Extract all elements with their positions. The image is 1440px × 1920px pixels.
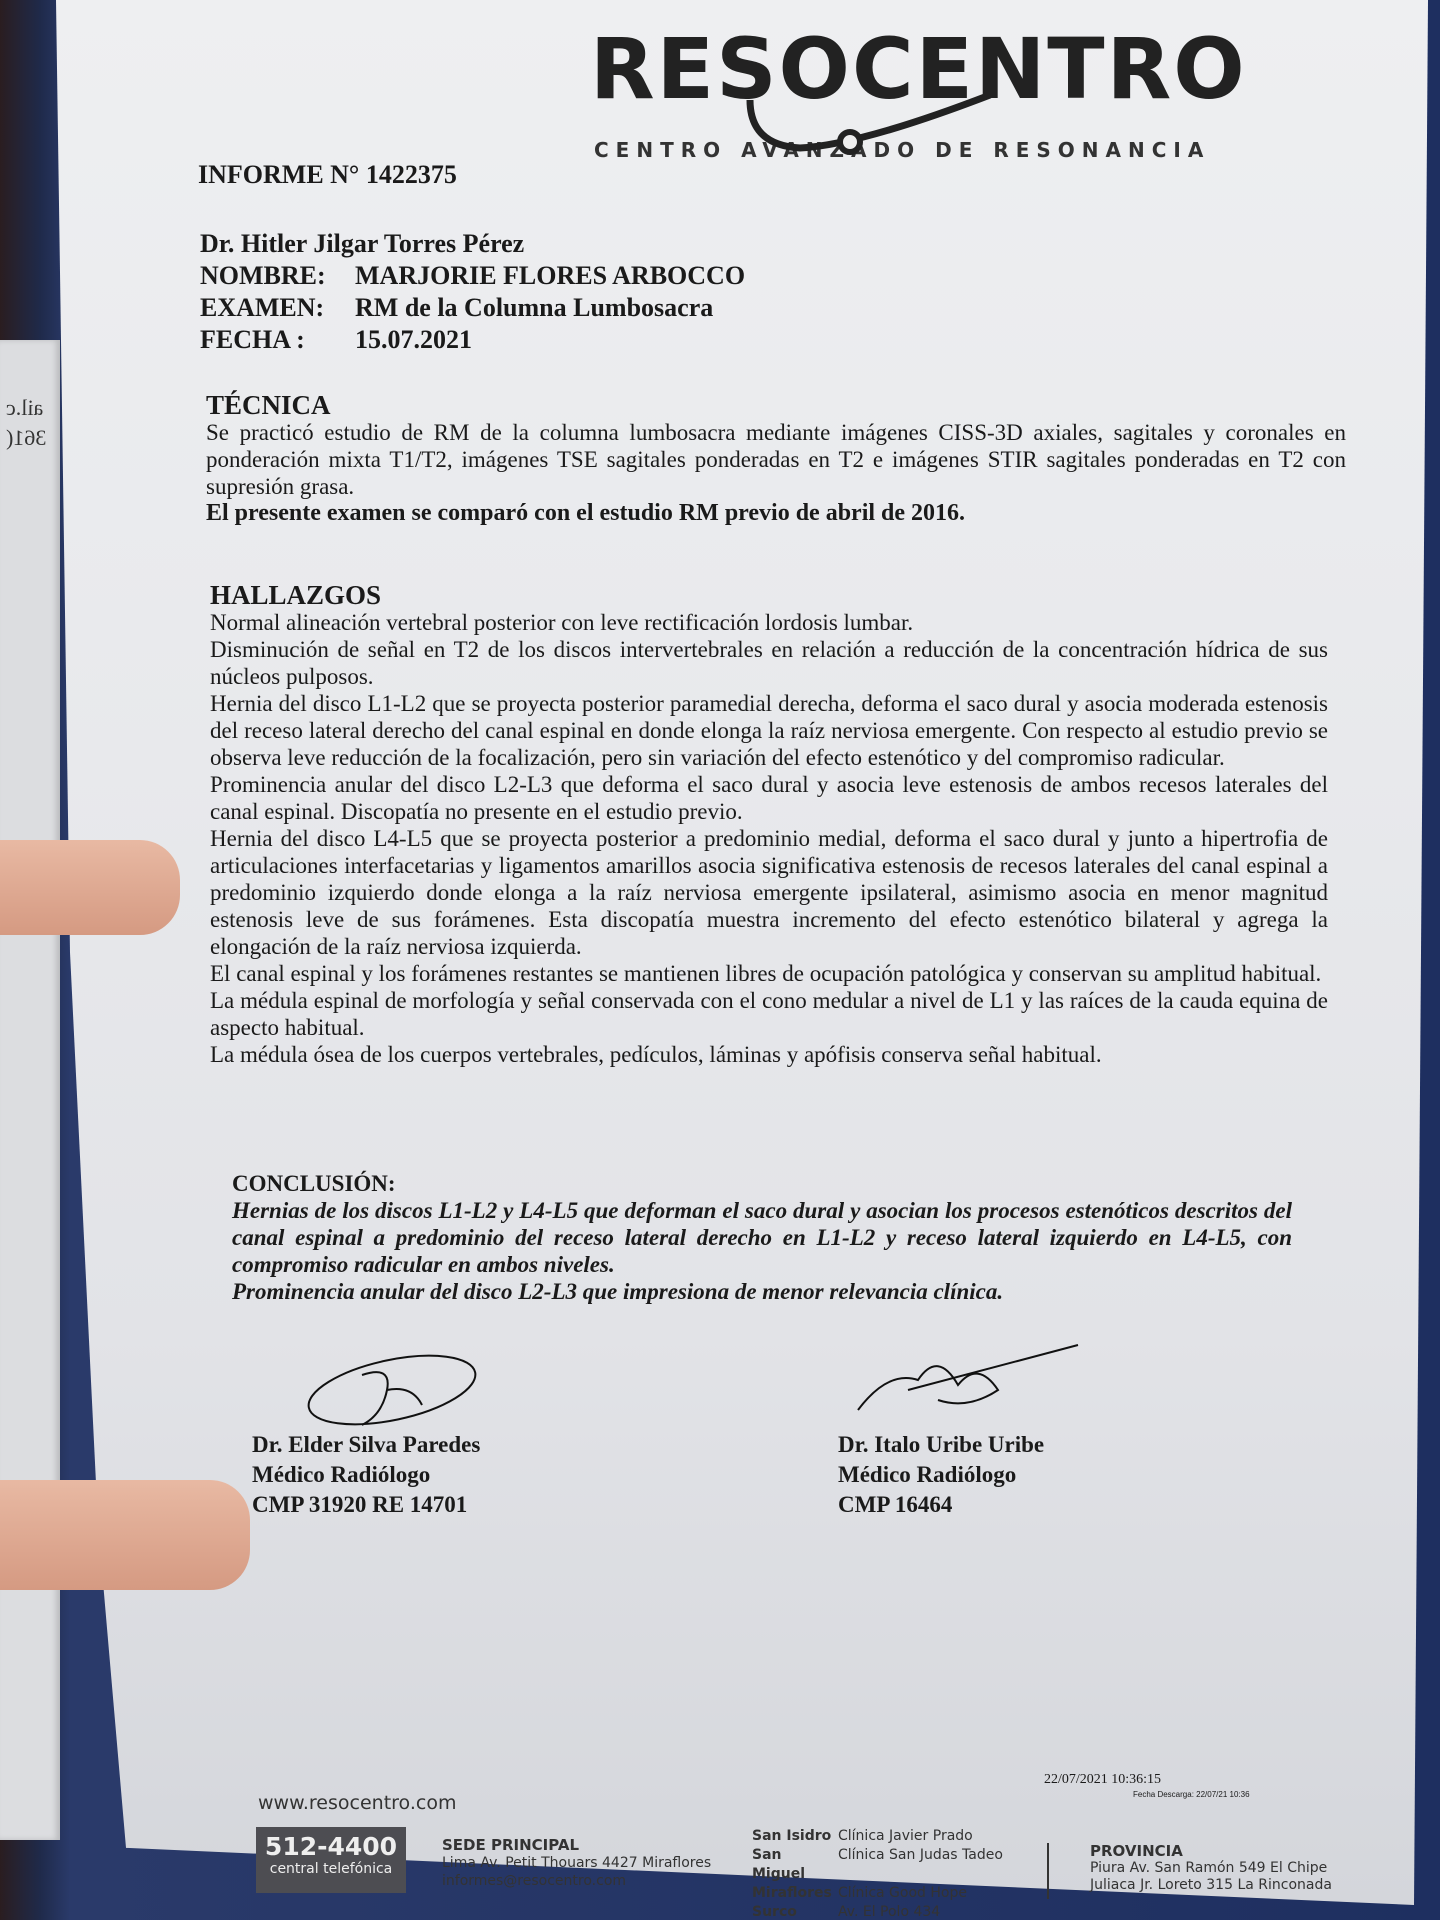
province-offices: PROVINCIA Piura Av. San Ramón 549 El Chi… [1090,1843,1332,1894]
finding-paragraph: El canal espinal y los forámenes restant… [210,960,1328,987]
main-office-title: SEDE PRINCIPAL [442,1836,711,1854]
print-datetime: 22/07/2021 10:36:15 [1044,1772,1161,1788]
section-title: HALLAZGOS [210,582,1328,609]
signature-block: Dr. Italo Uribe Uribe Médico Radiólogo C… [838,1430,1044,1520]
branch-list: San IsidroClínica Javier Prado San Migue… [752,1827,1003,1920]
phone-label: central telefónica [256,1861,406,1877]
branch-district: Surco [752,1903,838,1920]
province-line: Juliaca Jr. Loreto 315 La Rinconada [1090,1877,1332,1894]
province-line: Piura Av. San Ramón 549 El Chipe [1090,1860,1332,1877]
website-link[interactable]: www.resocentro.com [258,1792,456,1814]
field-value: 15.07.2021 [355,324,472,356]
phone-badge: 512-4400 central telefónica [256,1827,406,1893]
branch-place: Clínica Good Hope [838,1884,1003,1903]
email-link[interactable]: informes@resocentro.com [442,1872,711,1890]
footer-divider [1047,1843,1049,1899]
field-label: EXAMEN: [200,292,355,324]
branch-district: Miraflores [752,1884,838,1903]
field-value: MARJORIE FLORES ARBOCCO [355,260,745,292]
conclusion-section: CONCLUSIÓN: Hernias de los discos L1-L2 … [232,1170,1292,1305]
report-number: INFORME N° 1422375 [198,160,457,190]
province-title: PROVINCIA [1090,1843,1332,1860]
comparison-note: El presente examen se comparó con el est… [206,500,1346,527]
referring-doctor: Dr. Hitler Jilgar Torres Pérez [200,228,745,260]
phone-number[interactable]: 512-4400 [256,1832,406,1861]
resocentro-logo: RESOCENTRO CENTRO AVANZADO DE RESONANCIA [590,20,1247,162]
signature-icon [302,1345,482,1435]
section-title: TÉCNICA [206,392,1346,419]
tecnica-section: TÉCNICA Se practicó estudio de RM de la … [206,392,1346,527]
field-row: NOMBRE:MARJORIE FLORES ARBOCCO [200,260,745,292]
thumb [0,840,180,935]
signer-role: Médico Radiólogo [838,1460,1044,1490]
field-row: EXAMEN:RM de la Columna Lumbosacra [200,292,745,324]
field-value: RM de la Columna Lumbosacra [355,292,713,324]
signature-icon [848,1340,1088,1430]
background-text-fragment: 361( [6,425,46,451]
finding-paragraph: La médula ósea de los cuerpos vertebrale… [210,1041,1328,1068]
download-date: Fecha Descarga: 22/07/21 10:36 [1133,1790,1250,1799]
signer-ids: CMP 31920 RE 14701 [252,1490,480,1520]
main-office: SEDE PRINCIPAL Lima Av. Petit Thouars 44… [442,1836,711,1890]
signer-ids: CMP 16464 [838,1490,1044,1520]
branch-district: San Isidro [752,1827,838,1846]
branch-place: Av. El Polo 434 [838,1903,1003,1920]
field-label: FECHA : [200,324,355,356]
magnet-logo-icon [740,90,1000,160]
branch-district: San Miguel [752,1846,838,1884]
finding-paragraph: Hernia del disco L4-L5 que se proyecta p… [210,825,1328,960]
tecnica-text: Se practicó estudio de RM de la columna … [206,419,1346,500]
finding-paragraph: La médula espinal de morfología y señal … [210,987,1328,1041]
branch-place: Clínica San Judas Tadeo [838,1846,1003,1884]
thumb [0,1480,250,1590]
field-label: NOMBRE: [200,260,355,292]
patient-info: Dr. Hitler Jilgar Torres Pérez NOMBRE:MA… [200,228,745,356]
main-office-address: Lima Av. Petit Thouars 4427 Miraflores [442,1854,711,1872]
signer-name: Dr. Italo Uribe Uribe [838,1430,1044,1460]
conclusion-paragraph: Hernias de los discos L1-L2 y L4-L5 que … [232,1197,1292,1278]
branch-place: Clínica Javier Prado [838,1827,1003,1846]
section-title: CONCLUSIÓN: [232,1170,1292,1197]
hallazgos-section: HALLAZGOS Normal alineación vertebral po… [210,582,1328,1068]
field-row: FECHA :15.07.2021 [200,324,745,356]
background-text-fragment: ail.c [6,395,43,421]
finding-paragraph: Hernia del disco L1-L2 que se proyecta p… [210,690,1328,771]
finding-paragraph: Prominencia anular del disco L2-L3 que d… [210,771,1328,825]
finding-paragraph: Disminución de señal en T2 de los discos… [210,636,1328,690]
finding-paragraph: Normal alineación vertebral posterior co… [210,609,1328,636]
conclusion-paragraph: Prominencia anular del disco L2-L3 que i… [232,1278,1292,1305]
background-paper: ail.c 361( [0,340,60,1840]
signer-role: Médico Radiólogo [252,1460,480,1490]
signature-block: Dr. Elder Silva Paredes Médico Radiólogo… [252,1430,480,1520]
